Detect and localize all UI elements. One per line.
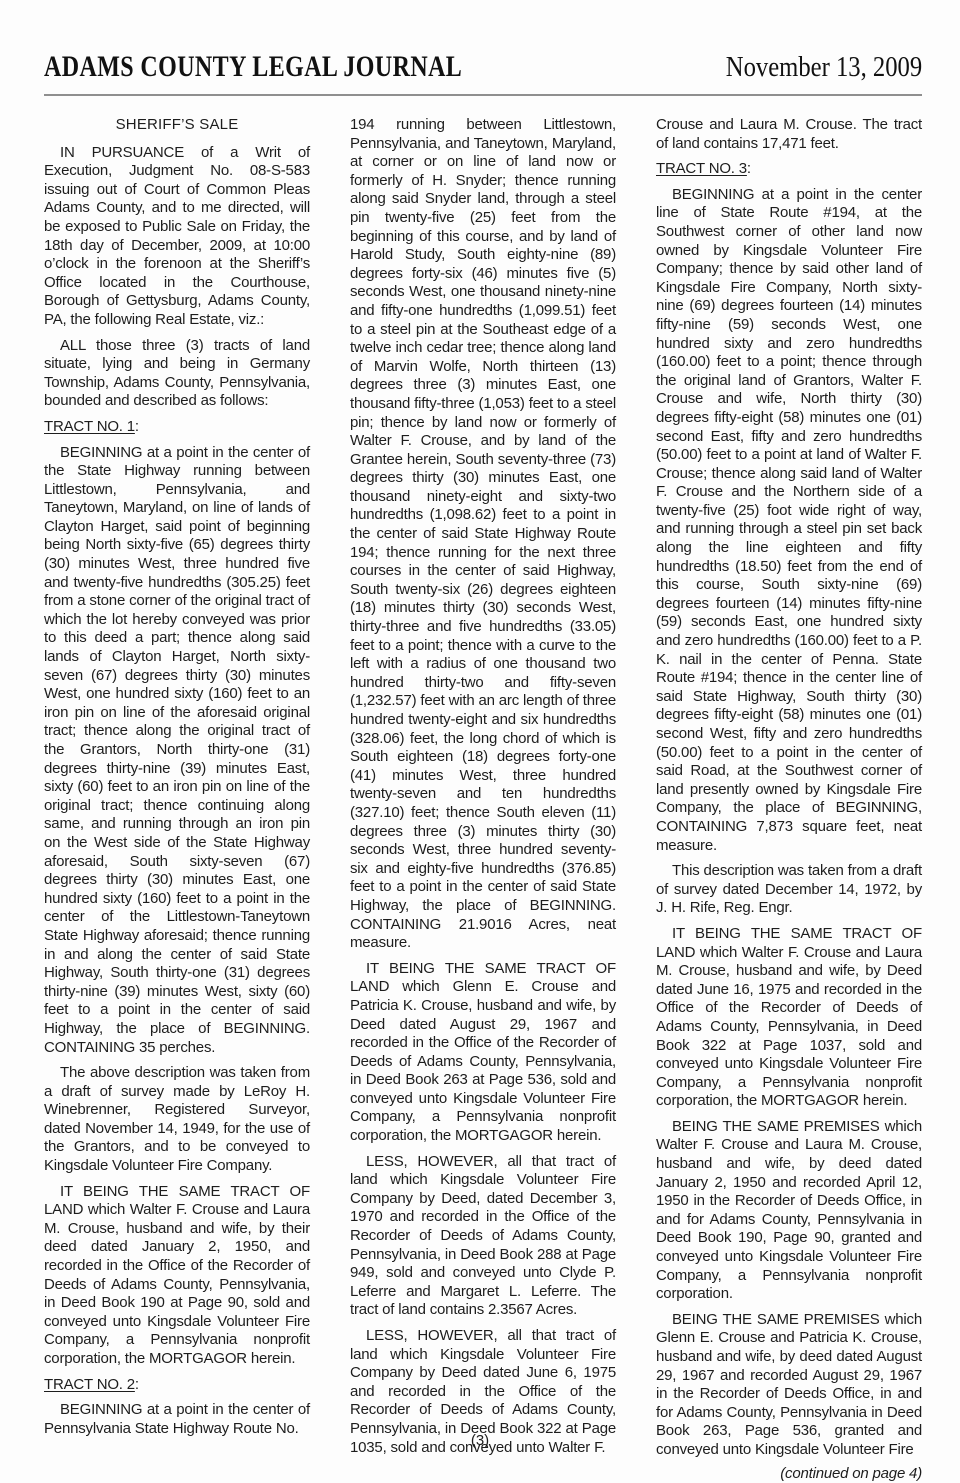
page-number: (3) [0,1432,960,1449]
paragraph: BEGINNING at a point in the center line … [656,186,922,855]
tract-heading-text: TRACT NO. 1 [44,418,135,435]
paragraph: This description was taken from a draft … [656,862,922,918]
tract-heading-text: TRACT NO. 2 [44,1376,135,1393]
paragraph: Crouse and Laura M. Crouse. The tract of… [656,116,922,153]
tract-heading: TRACT NO. 2: [44,1376,310,1395]
paragraph: BEING THE SAME PREMISES which Walter F. … [656,1118,922,1304]
tract-heading-text: TRACT NO. 3 [656,160,747,177]
paragraph: BEGINNING at a point in the center of th… [44,444,310,1058]
paragraph: 194 running between Littlestown, Pennsyl… [350,116,616,953]
header-rule [44,94,922,96]
tract-heading: TRACT NO. 3: [656,160,922,179]
article-columns: SHERIFF’S SALEIN PURSUANCE of a Writ of … [44,116,922,1483]
masthead: ADAMS COUNTY LEGAL JOURNAL November 13, … [44,50,922,84]
column-3: Crouse and Laura M. Crouse. The tract of… [656,116,922,1483]
paragraph: IT BEING THE SAME TRACT OF LAND which Gl… [350,960,616,1146]
journal-title: ADAMS COUNTY LEGAL JOURNAL [44,50,462,84]
center-heading: SHERIFF’S SALE [44,116,310,135]
paragraph: IN PURSUANCE of a Writ of Execution, Jud… [44,144,310,330]
paragraph: LESS, HOWEVER, all that tract of land wh… [350,1153,616,1320]
column-2: 194 running between Littlestown, Pennsyl… [350,116,616,1483]
paragraph: ALL those three (3) tracts of land situa… [44,337,310,411]
tract-heading: TRACT NO. 1: [44,418,310,437]
issue-date: November 13, 2009 [726,52,922,84]
column-1: SHERIFF’S SALEIN PURSUANCE of a Writ of … [44,116,310,1483]
legal-journal-page: ADAMS COUNTY LEGAL JOURNAL November 13, … [0,0,960,1483]
paragraph: IT BEING THE SAME TRACT OF LAND which Wa… [44,1183,310,1369]
paragraph: IT BEING THE SAME TRACT OF LAND which Wa… [656,925,922,1111]
paragraph: The above description was taken from a d… [44,1064,310,1176]
continued: (continued on page 4) [656,1465,922,1483]
